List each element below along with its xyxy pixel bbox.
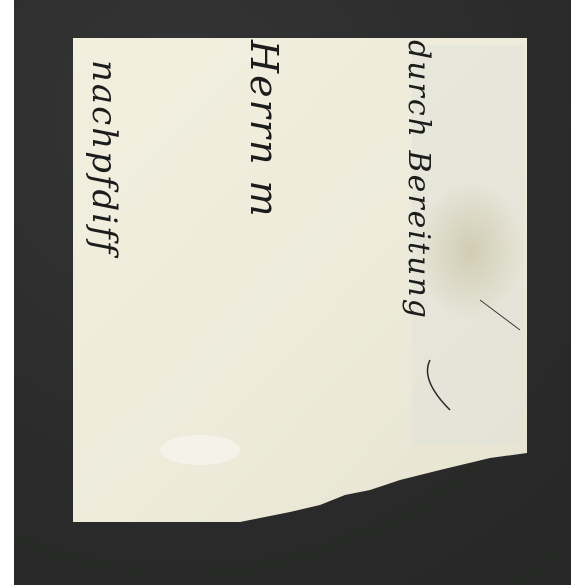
handwritten-line-3: durch Bereitung <box>401 40 436 320</box>
handwritten-line-1: nachpfdiff <box>84 60 124 255</box>
handwritten-line-2: Herrn m <box>242 40 286 219</box>
